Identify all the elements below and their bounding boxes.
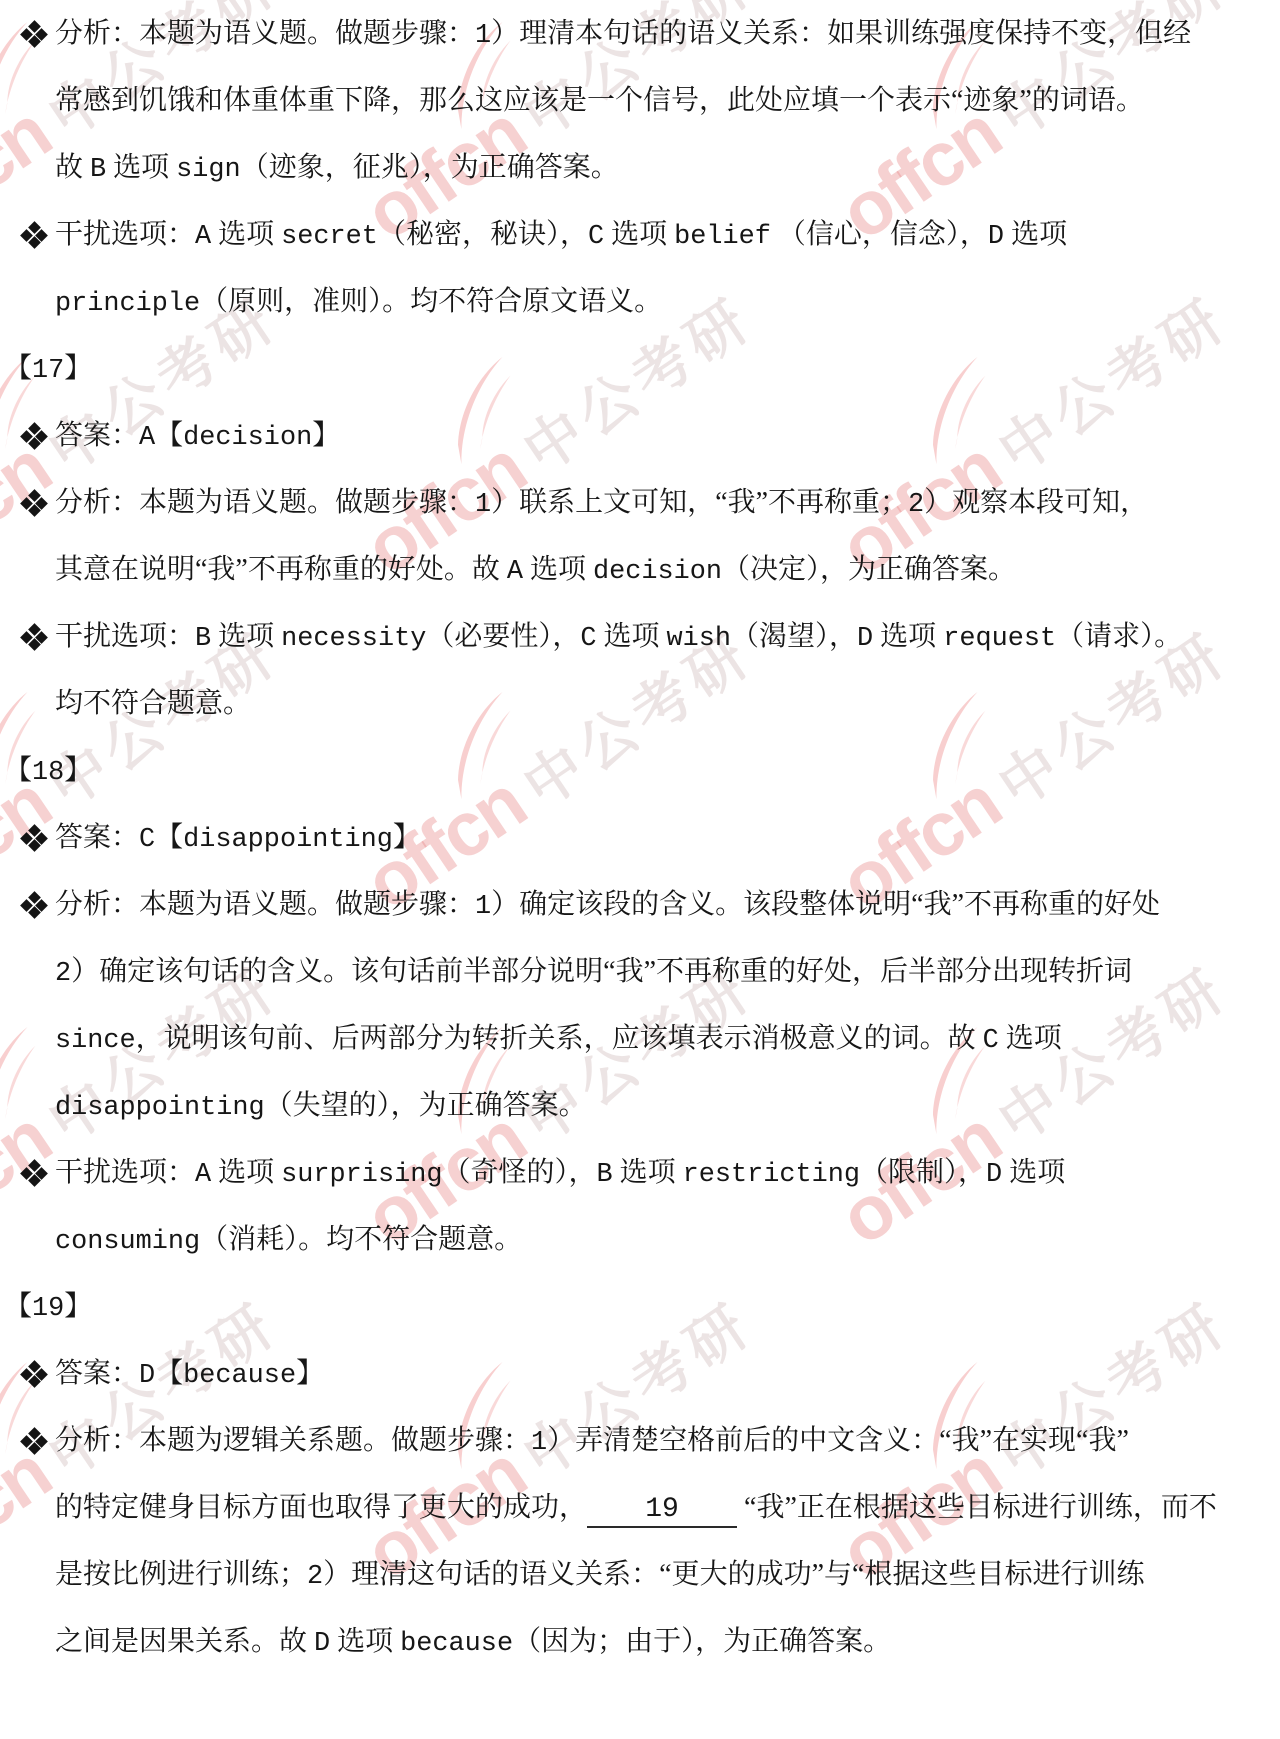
- question-number-heading: 【17】: [0, 335, 1280, 402]
- four-diamond-bullet-icon: [22, 424, 46, 448]
- english-word: C: [588, 222, 604, 252]
- english-word: B: [90, 155, 106, 185]
- english-word: C: [580, 624, 596, 654]
- text-line: 答案：C【disappointing】: [0, 804, 1280, 871]
- four-diamond-bullet-icon: [22, 22, 46, 46]
- english-word: decision: [593, 557, 722, 587]
- line-text: 是按比例进行训练；2）理清这句话的语义关系：“更大的成功”与“根据这些目标进行训…: [55, 1559, 1144, 1590]
- text-line: 其意在说明“我”不再称重的好处。故 A 选项 decision（决定），为正确答…: [0, 536, 1280, 603]
- english-word: A: [507, 557, 523, 587]
- english-word: A: [139, 423, 155, 453]
- english-word: consuming: [55, 1227, 200, 1257]
- english-word: 1: [475, 892, 491, 922]
- english-word: sign: [176, 155, 241, 185]
- english-word: because: [400, 1629, 513, 1659]
- english-word: 1: [475, 490, 491, 520]
- text-line: 故 B 选项 sign（迹象，征兆），为正确答案。: [0, 134, 1280, 201]
- english-word: C: [983, 1026, 999, 1056]
- text-line: since，说明该句前、后两部分为转折关系，应该填表示消极意义的词。故 C 选项: [0, 1005, 1280, 1072]
- english-word: because: [183, 1361, 296, 1391]
- text-line: 分析：本题为语义题。做题步骤：1）理清本句话的语义关系：如果训练强度保持不变，但…: [0, 0, 1280, 67]
- line-text: 2）确定该句话的含义。该句话前半部分说明“我”不再称重的好处，后半部分出现转折词: [55, 956, 1132, 987]
- english-word: D: [986, 1160, 1002, 1190]
- line-text: 【18】: [4, 755, 92, 786]
- english-word: request: [943, 624, 1056, 654]
- text-line: 2）确定该句话的含义。该句话前半部分说明“我”不再称重的好处，后半部分出现转折词: [0, 938, 1280, 1005]
- text-line: consuming（消耗）。均不符合题意。: [0, 1206, 1280, 1273]
- english-word: secret: [281, 222, 378, 252]
- line-text: 干扰选项：A 选项 secret（秘密，秘诀），C 选项 belief （信心，…: [55, 219, 1067, 250]
- four-diamond-bullet-icon: [22, 223, 46, 247]
- text-line: 是按比例进行训练；2）理清这句话的语义关系：“更大的成功”与“根据这些目标进行训…: [0, 1541, 1280, 1608]
- english-word: A: [195, 222, 211, 252]
- english-word: D: [314, 1629, 330, 1659]
- line-text: 故 B 选项 sign（迹象，征兆），为正确答案。: [55, 152, 619, 183]
- line-text: 【19】: [4, 1291, 92, 1322]
- line-text: since，说明该句前、后两部分为转折关系，应该填表示消极意义的词。故 C 选项: [55, 1023, 1062, 1054]
- line-text: 之间是因果关系。故 D 选项 because（因为；由于），为正确答案。: [55, 1626, 891, 1657]
- english-word: principle: [55, 289, 200, 319]
- four-diamond-bullet-icon: [22, 826, 46, 850]
- four-diamond-bullet-icon: [22, 1429, 46, 1453]
- line-text: 常感到饥饿和体重体重下降，那么这应该是一个信号，此处应填一个表示“迹象”的词语。: [55, 85, 1144, 116]
- four-diamond-bullet-icon: [22, 1161, 46, 1185]
- line-text: 分析：本题为语义题。做题步骤：1）确定该段的含义。该段整体说明“我”不再称重的好…: [55, 889, 1160, 920]
- english-word: 1: [531, 1428, 547, 1458]
- line-text: 答案：D【because】: [55, 1358, 324, 1389]
- english-word: since: [55, 1026, 136, 1056]
- answer-blank-19: 19: [587, 1495, 737, 1528]
- english-word: D: [139, 1361, 155, 1391]
- english-word: belief: [674, 222, 771, 252]
- text-line: 答案：A【decision】: [0, 402, 1280, 469]
- line-text: 答案：C【disappointing】: [55, 822, 421, 853]
- text-line: 的特定健身目标方面也取得了更大的成功，19 “我”正在根据这些目标进行训练，而不: [0, 1474, 1280, 1541]
- english-word: B: [195, 624, 211, 654]
- english-word: 18: [32, 758, 64, 788]
- line-text: 干扰选项：B 选项 necessity（必要性），C 选项 wish（渴望），D…: [55, 621, 1182, 652]
- english-word: 19: [32, 1294, 64, 1324]
- english-word: 2: [307, 1562, 323, 1592]
- text-line: disappointing（失望的），为正确答案。: [0, 1072, 1280, 1139]
- text-line: 之间是因果关系。故 D 选项 because（因为；由于），为正确答案。: [0, 1608, 1280, 1675]
- text-line: 分析：本题为逻辑关系题。做题步骤：1）弄清楚空格前后的中文含义：“我”在实现“我…: [0, 1407, 1280, 1474]
- english-word: 2: [908, 490, 924, 520]
- english-word: wish: [667, 624, 732, 654]
- english-word: disappointing: [55, 1093, 265, 1123]
- english-word: A: [195, 1160, 211, 1190]
- line-text: 其意在说明“我”不再称重的好处。故 A 选项 decision（决定），为正确答…: [55, 554, 1016, 585]
- line-text: 分析：本题为语义题。做题步骤：1）理清本句话的语义关系：如果训练强度保持不变，但…: [55, 18, 1191, 49]
- line-text: 答案：A【decision】: [55, 420, 340, 451]
- english-word: D: [857, 624, 873, 654]
- four-diamond-bullet-icon: [22, 625, 46, 649]
- text-line: 干扰选项：B 选项 necessity（必要性），C 选项 wish（渴望），D…: [0, 603, 1280, 670]
- line-text: disappointing（失望的），为正确答案。: [55, 1090, 587, 1121]
- four-diamond-bullet-icon: [22, 1362, 46, 1386]
- english-word: C: [139, 825, 155, 855]
- line-text: consuming（消耗）。均不符合题意。: [55, 1224, 522, 1255]
- text-line: 干扰选项：A 选项 secret（秘密，秘诀），C 选项 belief （信心，…: [0, 201, 1280, 268]
- line-text: 干扰选项：A 选项 surprising（奇怪的），B 选项 restricti…: [55, 1157, 1065, 1188]
- question-number-heading: 【19】: [0, 1273, 1280, 1340]
- line-text: 分析：本题为语义题。做题步骤：1）联系上文可知，“我”不再称重；2）观察本段可知…: [55, 487, 1148, 518]
- english-word: disappointing: [183, 825, 393, 855]
- english-word: B: [596, 1160, 612, 1190]
- line-text: 分析：本题为逻辑关系题。做题步骤：1）弄清楚空格前后的中文含义：“我”在实现“我…: [55, 1425, 1129, 1456]
- text-line: 干扰选项：A 选项 surprising（奇怪的），B 选项 restricti…: [0, 1139, 1280, 1206]
- text-line: 均不符合题意。: [0, 670, 1280, 737]
- english-word: decision: [183, 423, 312, 453]
- english-word: D: [988, 222, 1004, 252]
- line-text: principle（原则，准则）。均不符合原文语义。: [55, 286, 662, 317]
- english-word: restricting: [683, 1160, 860, 1190]
- english-word: 2: [55, 959, 71, 989]
- text-line: 常感到饥饿和体重体重下降，那么这应该是一个信号，此处应填一个表示“迹象”的词语。: [0, 67, 1280, 134]
- line-text: 【17】: [4, 353, 92, 384]
- line-text: 均不符合题意。: [55, 688, 251, 719]
- question-number-heading: 【18】: [0, 737, 1280, 804]
- blank-line-suffix: “我”正在根据这些目标进行训练，而不: [744, 1492, 1217, 1523]
- english-word: 1: [475, 21, 491, 51]
- four-diamond-bullet-icon: [22, 491, 46, 515]
- line-text: 的特定健身目标方面也取得了更大的成功，19 “我”正在根据这些目标进行训练，而不: [55, 1492, 1217, 1523]
- text-line: principle（原则，准则）。均不符合原文语义。: [0, 268, 1280, 335]
- four-diamond-bullet-icon: [22, 893, 46, 917]
- text-line: 答案：D【because】: [0, 1340, 1280, 1407]
- english-word: surprising: [281, 1160, 442, 1190]
- text-line: 分析：本题为语义题。做题步骤：1）确定该段的含义。该段整体说明“我”不再称重的好…: [0, 871, 1280, 938]
- blank-line-prefix: 的特定健身目标方面也取得了更大的成功，: [55, 1492, 587, 1523]
- text-line: 分析：本题为语义题。做题步骤：1）联系上文可知，“我”不再称重；2）观察本段可知…: [0, 469, 1280, 536]
- document-body: 分析：本题为语义题。做题步骤：1）理清本句话的语义关系：如果训练强度保持不变，但…: [0, 0, 1280, 1675]
- english-word: 17: [32, 356, 64, 386]
- english-word: necessity: [281, 624, 426, 654]
